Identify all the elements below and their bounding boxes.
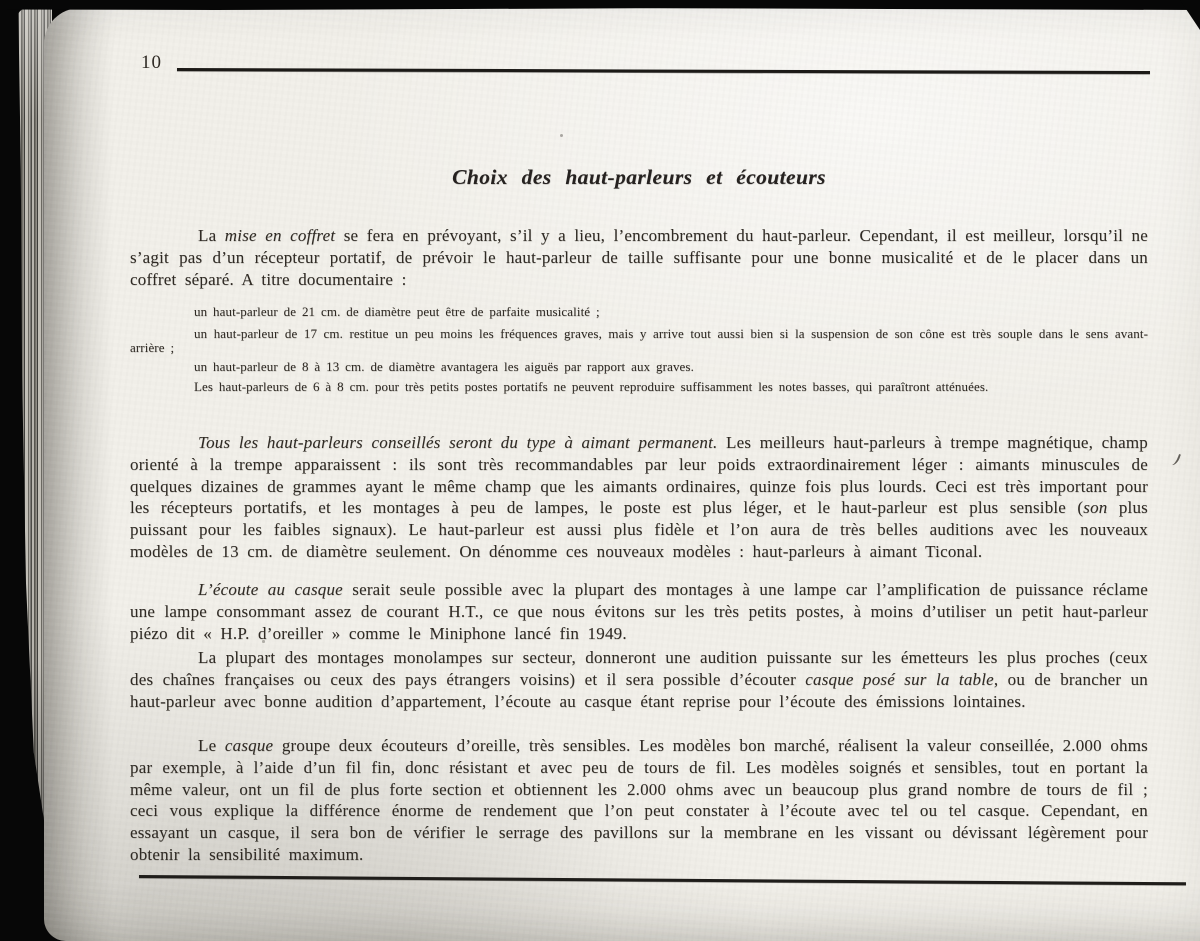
text-run: Le [198,736,225,755]
scan-speck [560,134,563,137]
text-column: La mise en coffret se fera en prévoyant,… [130,0,1148,941]
scan-speck [262,640,265,643]
paragraph: Le casque groupe deux écouteurs d’oreill… [130,735,1148,866]
text-run: un haut-parleur de 17 cm. restitue un pe… [130,326,1148,355]
italic-run: mise en coffret [225,226,335,245]
paragraph: L’écoute au casque serait seule possible… [130,579,1148,644]
list-item: un haut-parleur de 21 cm. de diamètre pe… [130,305,1148,319]
scan-artifact [1170,452,1181,467]
italic-run: son [1083,498,1107,517]
text-run: un haut-parleur de 21 cm. de diamètre pe… [194,304,600,319]
text-run: La [198,226,225,245]
list-item: Les haut-parleurs de 6 à 8 cm. pour très… [130,380,1148,394]
text-run: groupe deux écouteurs d’oreille, très se… [130,736,1148,864]
italic-run: L’écoute au casque [198,580,343,599]
list-item: un haut-parleur de 8 à 13 cm. de diamètr… [130,360,1148,374]
text-run: Les haut-parleurs de 6 à 8 cm. pour très… [194,379,988,394]
paragraph: La plupart des montages monolampes sur s… [130,647,1148,712]
italic-run: casque [225,736,273,755]
scanned-book-photo: 10 Choix des haut-parleurs et écouteurs … [0,0,1200,941]
list-item: un haut-parleur de 17 cm. restitue un pe… [130,327,1148,355]
paragraph: La mise en coffret se fera en prévoyant,… [130,225,1148,290]
italic-run: casque posé sur la table [805,670,994,689]
page-content: 10 Choix des haut-parleurs et écouteurs … [0,0,1200,941]
paragraph: Tous les haut-parleurs conseillés seront… [130,432,1148,563]
italic-run: Tous les haut-parleurs conseillés seront… [198,433,717,452]
text-run: un haut-parleur de 8 à 13 cm. de diamètr… [194,359,694,374]
